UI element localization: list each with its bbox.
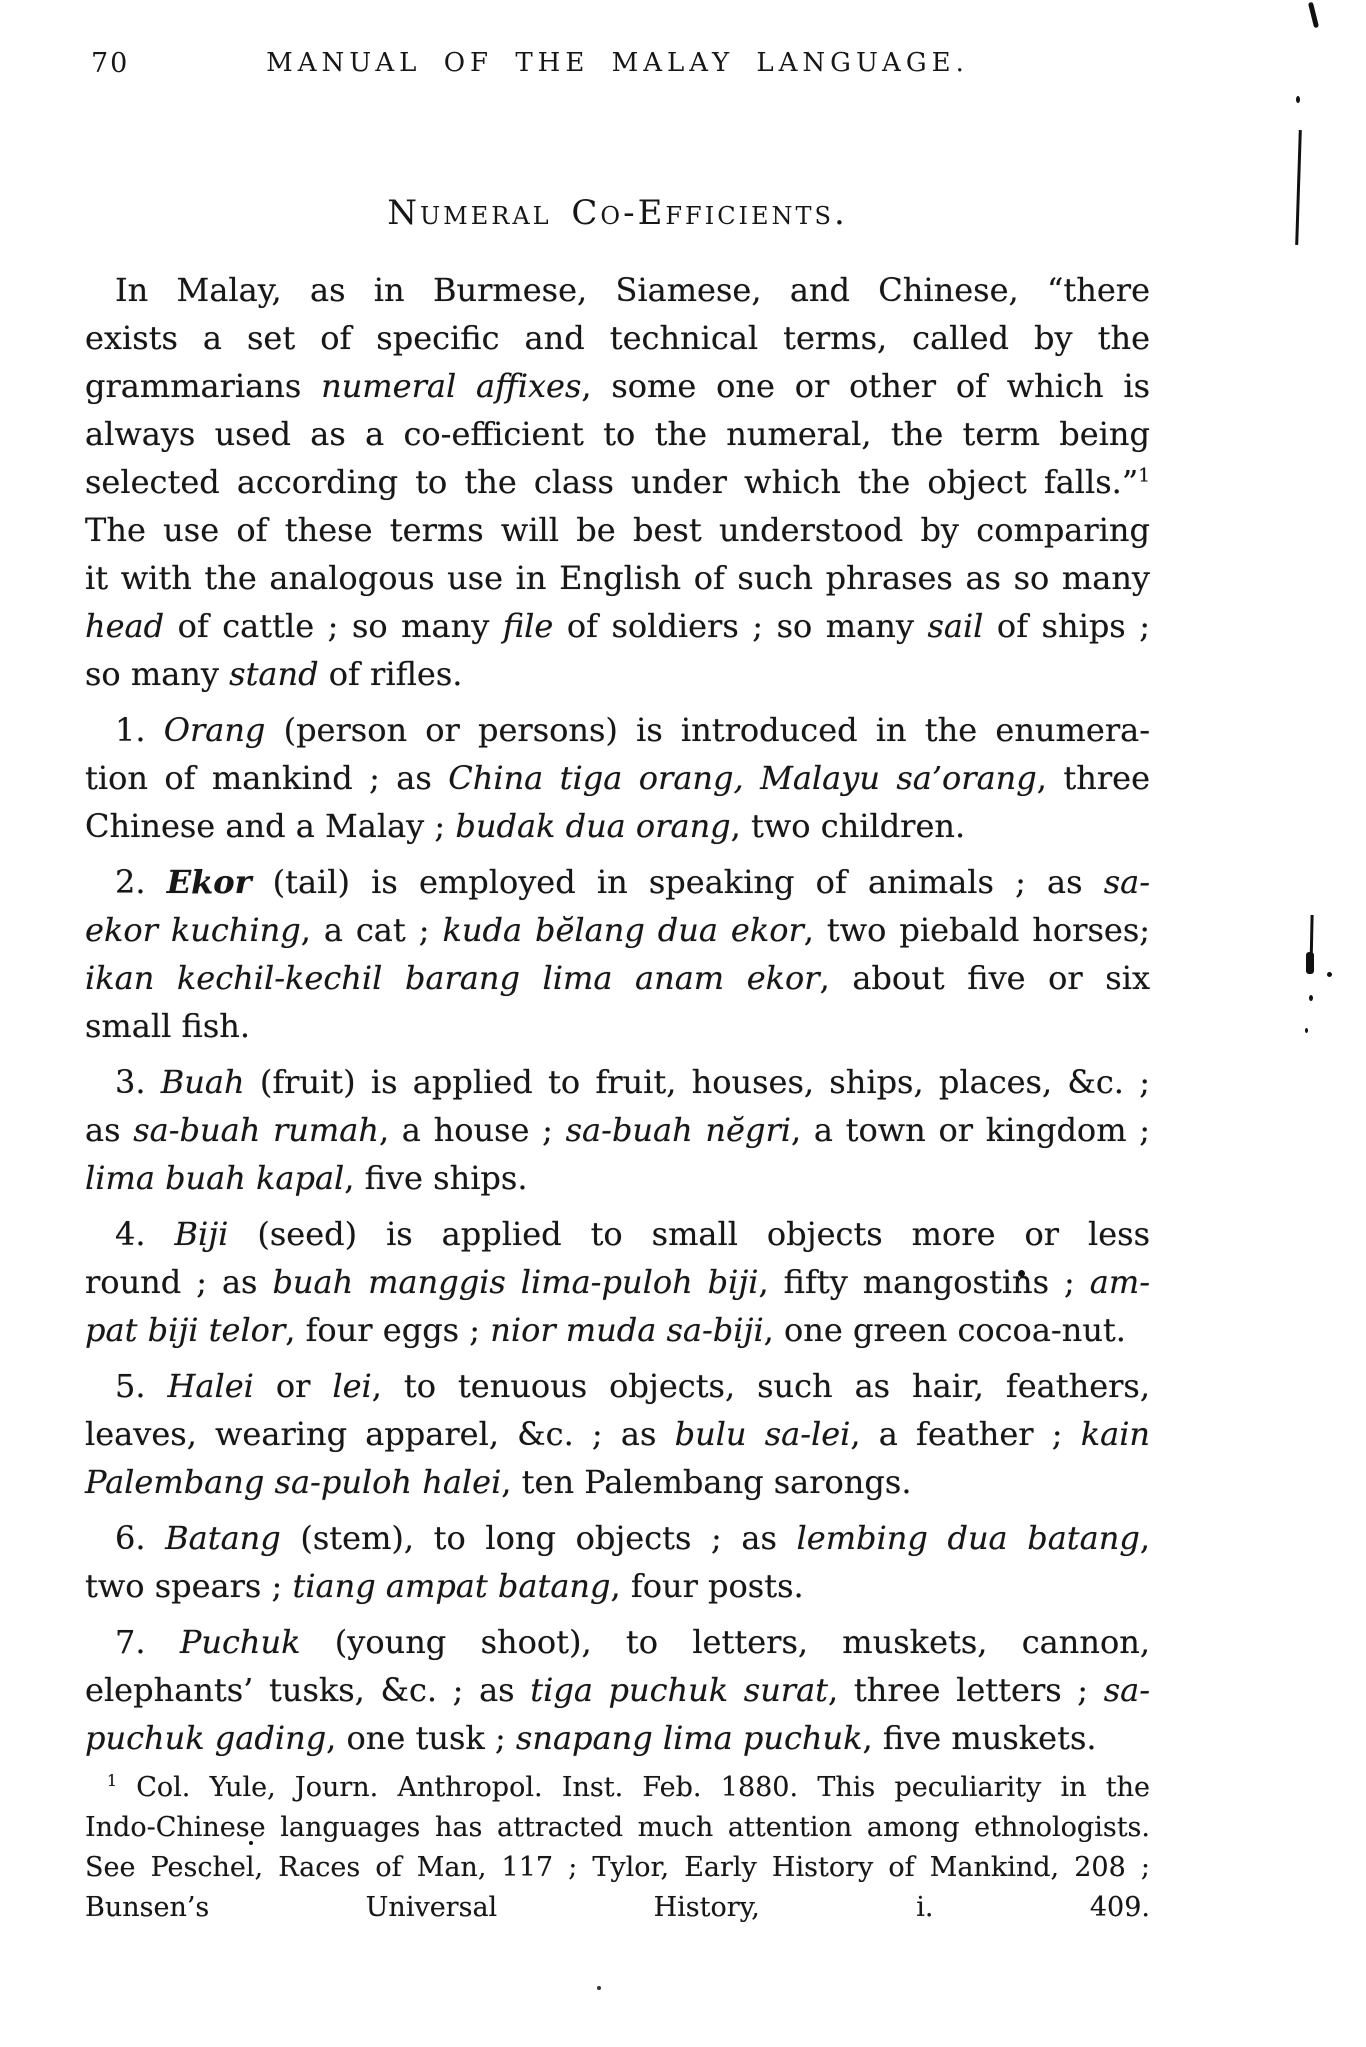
text-segment: , five ships. <box>344 1159 527 1197</box>
text-segment: kuda bĕlang dua ekor <box>442 911 803 949</box>
text-segment: Ekor <box>167 863 252 901</box>
scan-artifact-line-top-right <box>1295 130 1302 245</box>
text-segment: sa-buah rumah <box>133 1111 379 1149</box>
text-segment: selected according to the class under wh… <box>85 463 1138 501</box>
text-segment: lima buah kapal <box>85 1159 344 1197</box>
text-segment: it with the analogous use in English of … <box>85 559 1150 597</box>
text-segment: puchuk gading <box>85 1719 326 1757</box>
text-line: 6. Batang (stem), to long objects ; as l… <box>85 1514 1150 1562</box>
text-segment: (seed) is applied to small objects more … <box>228 1215 1150 1253</box>
scan-artifact-speck-2 <box>1309 995 1313 1001</box>
text-line: The use of these terms will be best unde… <box>85 506 1150 554</box>
paragraph: In Malay, as in Burmese, Siamese, and Ch… <box>85 266 1150 698</box>
text-line: Chinese and a Malay ; budak dua orang, t… <box>85 802 1150 850</box>
text-segment: as <box>85 1111 133 1149</box>
text-segment: Chinese and a Malay ; <box>85 807 455 845</box>
text-line: 5. Halei or lei, to tenuous objects, suc… <box>85 1362 1150 1410</box>
text-segment: kain <box>1081 1415 1150 1453</box>
text-segment: sail <box>927 607 983 645</box>
text-segment: In Malay, as in Burmese, Siamese, and Ch… <box>115 271 1150 309</box>
paragraph: 5. Halei or lei, to tenuous objects, suc… <box>85 1362 1150 1506</box>
text-segment: , five muskets. <box>863 1719 1097 1757</box>
text-line: tion of mankind ; as China tiga orang, M… <box>85 754 1150 802</box>
text-segment: , a town or kingdom ; <box>791 1111 1150 1149</box>
text-line: See Peschel, Races of Man, 117 ; Tylor, … <box>85 1848 1150 1888</box>
text-segment: , to tenuous objects, such as hair, feat… <box>372 1367 1150 1405</box>
text-line: exists a set of specific and technical t… <box>85 314 1150 362</box>
scan-artifact-dot-bottom <box>597 1986 601 1990</box>
text-segment: (tail) is employed in speaking of animal… <box>251 863 1103 901</box>
text-segment: or <box>254 1367 332 1405</box>
text-line: so many stand of rifles. <box>85 650 1150 698</box>
text-segment: , a house ; <box>379 1111 566 1149</box>
page-header: 70 MANUAL OF THE MALAY LANGUAGE. <box>85 48 1150 78</box>
text-segment: budak dua orang <box>455 807 730 845</box>
text-segment: The use of these terms will be best unde… <box>85 511 1150 549</box>
text-segment: lei <box>332 1367 371 1405</box>
text-line: 7. Puchuk (young shoot), to letters, mus… <box>85 1618 1150 1666</box>
text-segment: , <box>1140 1519 1150 1557</box>
text-line: leaves, wearing apparel, &c. ; as bulu s… <box>85 1410 1150 1458</box>
running-head: MANUAL OF THE MALAY LANGUAGE. <box>85 48 1150 78</box>
text-line: 1 Col. Yule, Journ. Anthropol. Inst. Feb… <box>85 1768 1150 1808</box>
text-line: ikan kechil-kechil barang lima anam ekor… <box>85 954 1150 1002</box>
text-segment: 2. <box>115 863 167 901</box>
scan-artifact-dot-right <box>1018 1270 1025 1277</box>
text-segment: , ten Palembang sarongs. <box>501 1463 911 1501</box>
paragraph: 2. Ekor (tail) is employed in speaking o… <box>85 858 1150 1050</box>
text-line: elephants’ tusks, &c. ; as tiga puchuk s… <box>85 1666 1150 1714</box>
footnote-marker: 1 <box>107 1771 117 1790</box>
text-segment: , a feather ; <box>850 1415 1080 1453</box>
text-segment: sa- <box>1104 863 1150 901</box>
text-segment: , three <box>1037 759 1150 797</box>
text-line: as sa-buah rumah, a house ; sa-buah nĕgr… <box>85 1106 1150 1154</box>
footnote-marker: 1 <box>1138 465 1150 486</box>
text-line: Palembang sa-puloh halei, ten Palembang … <box>85 1458 1150 1506</box>
text-segment: ikan kechil-kechil barang lima anam ekor <box>85 959 820 997</box>
text-segment: leaves, wearing apparel, &c. ; as <box>85 1415 675 1453</box>
text-segment: exists a set of specific and technical t… <box>85 319 1150 357</box>
text-segment: grammarians <box>85 367 321 405</box>
text-segment: , about five or six <box>820 959 1150 997</box>
paragraph: 7. Puchuk (young shoot), to letters, mus… <box>85 1618 1150 1762</box>
paragraph: 6. Batang (stem), to long objects ; as l… <box>85 1514 1150 1610</box>
text-line: selected according to the class under wh… <box>85 458 1150 506</box>
text-segment: (person or persons) is introduced in the… <box>265 711 1150 749</box>
text-segment: Orang <box>164 711 266 749</box>
text-segment: tiga puchuk surat <box>530 1671 828 1709</box>
text-segment: , four posts. <box>611 1567 804 1605</box>
text-segment: 7. <box>115 1623 180 1661</box>
scan-artifact-speck-3 <box>1305 1028 1308 1033</box>
text-segment: always used as a co-efficient to the num… <box>85 415 1150 453</box>
text-segment: stand <box>229 655 318 693</box>
text-segment: Buah <box>161 1063 245 1101</box>
text-line: small fish. <box>85 1002 1150 1050</box>
footnote: 1 Col. Yule, Journ. Anthropol. Inst. Feb… <box>85 1768 1150 1928</box>
text-segment: 4. <box>115 1215 175 1253</box>
text-segment: , four eggs ; <box>285 1311 490 1349</box>
text-segment: Indo-Chinese languages has attracted muc… <box>85 1812 1150 1843</box>
text-segment: pat biji telor <box>85 1311 285 1349</box>
text-segment: See Peschel, Races of Man, 117 ; Tylor, … <box>85 1852 1150 1883</box>
text-segment: of cattle ; so many <box>164 607 503 645</box>
text-segment: sa-buah nĕgri <box>566 1111 791 1149</box>
text-segment: tion of mankind ; as <box>85 759 448 797</box>
book-page: 70 MANUAL OF THE MALAY LANGUAGE. Numeral… <box>0 0 1366 2047</box>
text-line: In Malay, as in Burmese, Siamese, and Ch… <box>85 266 1150 314</box>
text-segment: tiang ampat batang <box>292 1567 610 1605</box>
text-segment: , fifty mangostins ; <box>759 1263 1090 1301</box>
text-line: ekor kuching, a cat ; kuda bĕlang dua ek… <box>85 906 1150 954</box>
scan-artifact-speck-1 <box>1327 972 1332 977</box>
text-segment: of ships ; <box>983 607 1150 645</box>
text-segment: so many <box>85 655 229 693</box>
text-line: always used as a co-efficient to the num… <box>85 410 1150 458</box>
text-segment: numeral affixes <box>321 367 581 405</box>
text-segment: China tiga orang, Malayu sa’orang <box>448 759 1037 797</box>
text-line: head of cattle ; so many file of soldier… <box>85 602 1150 650</box>
text-line: 3. Buah (fruit) is applied to fruit, hou… <box>85 1058 1150 1106</box>
text-segment: two spears ; <box>85 1567 292 1605</box>
body-text: In Malay, as in Burmese, Siamese, and Ch… <box>85 266 1150 1770</box>
text-line: puchuk gading, one tusk ; snapang lima p… <box>85 1714 1150 1762</box>
text-segment: (young shoot), to letters, muskets, cann… <box>300 1623 1150 1661</box>
text-segment: am- <box>1090 1263 1150 1301</box>
text-line: 1. Orang (person or persons) is introduc… <box>85 706 1150 754</box>
text-segment: 1. <box>115 711 164 749</box>
text-segment: round ; as <box>85 1263 272 1301</box>
text-segment: small fish. <box>85 1007 250 1045</box>
text-segment: , two children. <box>731 807 966 845</box>
text-segment: sa- <box>1104 1671 1150 1709</box>
text-segment: file <box>503 607 554 645</box>
text-segment: (stem), to long objects ; as <box>281 1519 797 1557</box>
text-segment: , one tusk ; <box>326 1719 516 1757</box>
text-segment: head <box>85 607 164 645</box>
text-segment: Biji <box>175 1215 229 1253</box>
text-line: lima buah kapal, five ships. <box>85 1154 1150 1202</box>
section-title: Numeral Co-Efficients. <box>85 193 1150 233</box>
text-segment: ekor kuching <box>85 911 301 949</box>
text-segment: , three letters ; <box>828 1671 1104 1709</box>
text-segment: , one green cocoa-nut. <box>764 1311 1126 1349</box>
text-segment: buah manggis lima-puloh biji <box>272 1263 758 1301</box>
scan-artifact-blob-mid-right <box>1306 952 1314 974</box>
text-segment: Palembang sa-puloh halei <box>85 1463 501 1501</box>
text-segment: lembing dua batang <box>797 1519 1140 1557</box>
text-line: Bunsen’s Universal History, i. 409. <box>85 1888 1150 1928</box>
text-segment: of soldiers ; so many <box>553 607 927 645</box>
text-segment: 5. <box>115 1367 167 1405</box>
text-segment: (fruit) is applied to fruit, houses, shi… <box>245 1063 1150 1101</box>
text-line: it with the analogous use in English of … <box>85 554 1150 602</box>
text-segment: of rifles. <box>319 655 463 693</box>
text-line: round ; as buah manggis lima-puloh biji,… <box>85 1258 1150 1306</box>
text-segment: snapang lima puchuk <box>516 1719 863 1757</box>
text-segment: Bunsen’s Universal History, i. 409. <box>85 1892 1150 1923</box>
text-segment: elephants’ tusks, &c. ; as <box>85 1671 530 1709</box>
text-segment: , some one or other of which is <box>581 367 1150 405</box>
text-line: pat biji telor, four eggs ; nior muda sa… <box>85 1306 1150 1354</box>
text-segment: Puchuk <box>180 1623 301 1661</box>
text-segment: , two piebald horses; <box>804 911 1150 949</box>
text-segment: 3. <box>115 1063 161 1101</box>
paragraph: 3. Buah (fruit) is applied to fruit, hou… <box>85 1058 1150 1202</box>
text-segment: Halei <box>167 1367 253 1405</box>
text-segment: bulu sa-lei <box>675 1415 851 1453</box>
text-segment: Col. Yule, Journ. Anthropol. Inst. Feb. … <box>117 1772 1150 1803</box>
text-line: two spears ; tiang ampat batang, four po… <box>85 1562 1150 1610</box>
scan-artifact-corner-hook <box>1308 2 1319 28</box>
text-segment: nior muda sa-biji <box>490 1311 763 1349</box>
paragraph: 1. Orang (person or persons) is introduc… <box>85 706 1150 850</box>
text-line: 2. Ekor (tail) is employed in speaking o… <box>85 858 1150 906</box>
text-segment: 6. <box>115 1519 165 1557</box>
text-segment: Batang <box>165 1519 281 1557</box>
scan-artifact-speck-peschel <box>249 1841 253 1845</box>
scan-artifact-dot-top <box>1296 96 1300 103</box>
text-segment: , a cat ; <box>301 911 443 949</box>
paragraph: 4. Biji (seed) is applied to small objec… <box>85 1210 1150 1354</box>
text-line: Indo-Chinese languages has attracted muc… <box>85 1808 1150 1848</box>
text-line: grammarians numeral affixes, some one or… <box>85 362 1150 410</box>
text-line: 4. Biji (seed) is applied to small objec… <box>85 1210 1150 1258</box>
